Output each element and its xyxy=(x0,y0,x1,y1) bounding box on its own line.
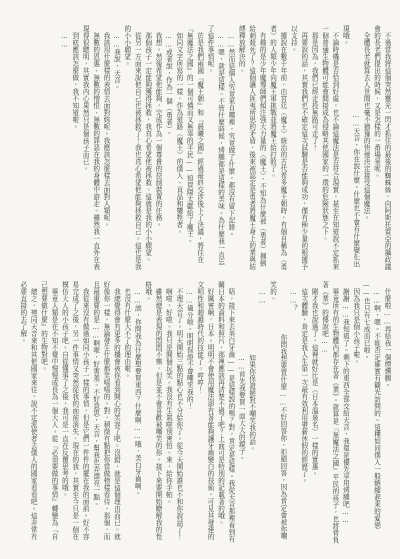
paragraph-column: 無數的恩惠、無數的憎恨、無數的罪惡在我的身體中游走。雖然我一直外在表現得很聰明，… xyxy=(80,25,101,271)
paragraph-column: 唔，接下來去美白牙齒——是這樣說的嗎？對，肯定是這樣。我從天音那裡看到有關日本的… xyxy=(215,281,236,545)
paragraph-column: 於是我們兩國『魔王朝』和『晨曦之國』經過最終交涉後下了決議，將住在『無魔法之國』… xyxy=(184,25,205,271)
paragraph-column: ……首先我要買一面大大的鏡子。 xyxy=(236,281,246,545)
paragraph-column: 據說在數千年前，由宮廷（魔王）統治的古代希多魔王朝時，有個自稱為（勇者）的人類少… xyxy=(267,25,288,271)
paragraph-column: 剛才我也說過了，這裡就好比是（日本溫泉名）一樣的實惠。 xyxy=(309,281,319,545)
paragraph-column: 再要說的話，其實我們也不確定這次試驗是否能夠成功，僅有極少量的根據予以支持。 xyxy=(288,25,309,271)
paragraph-column: 不理天音了。明天開始三點的點心也不分給你了。從今天開始誰也不和你說話了！ xyxy=(173,281,183,545)
paragraph-column: 如同文字所寫的一樣，作為道路（魔王）的僕人、貢品和犧牲者。 xyxy=(173,25,183,271)
scanned-book-page: 不過當我將這個突然靈光一閃才抓住的最後的蜘蛛絲，向阿斯托雷亞的攝政議會的長老們提… xyxy=(0,0,400,559)
paragraph-column: 畢竟所有的生物體內都存在著《業》。就算是『無魔法之國』平民的孩子，也將背負著《業… xyxy=(319,281,340,545)
paragraph-column: 從另一方面來說他自己也被拯救了！我也真心希望他能夠拯救自己。這也是我的小小願望。 xyxy=(121,25,142,271)
paragraph-column: 全體長老就算去人世間也毫不猶豫的快速決定接受這個魔法。 xyxy=(361,25,371,271)
paragraph-column: 也沒有什麼大不了的理由啦。 xyxy=(121,281,131,545)
paragraph-column: 到底應該怎麼做，我不知道啦。 xyxy=(69,25,79,271)
paragraph-column: 我想。然後希望他能夠，完成作為一個尊貴的控制裝置的任務。 xyxy=(153,25,163,271)
paragraph-column: ……過分啦。明明保證不會嘲笑我的！ xyxy=(184,281,194,545)
paragraph-column: ……然而這個人究竟來自哪裡，究竟做了什麼，都沒有留下記錄。 xyxy=(226,25,236,271)
paragraph-column: 如果你保證絕對不嘲笑我的話。 xyxy=(246,281,256,545)
paragraph-column: 總之，連同天音來和其他國家來往，說不定派使者去僕人的國家看看吧。這非常有必要直接… xyxy=(18,281,38,545)
paragraph-column: 啊啦，好啦。我只是開個玩笑。我沒有生氣啦別害怕。來，給你手帕。 xyxy=(163,281,173,545)
paragraph-column: ……或者說，作為一個（勇者）。 xyxy=(163,25,173,271)
paragraph-column: …… xyxy=(257,281,267,545)
paragraph-column: 什麼啦……再給我一個煙燻腿。 xyxy=(382,281,392,545)
paragraph-column: 不過當我將這個突然靈光一閃才抓住的最後的蜘蛛絲，向阿斯托雷亞的攝政議會的長老們提… xyxy=(371,25,392,271)
paragraph-column: 我從來沒有做過如同小孩子一樣的事情，但是它們一件件的擺在我的面前。好不容易完成了… xyxy=(59,281,90,545)
paragraph-column: 因為我只是個小孩子啦。 xyxy=(350,281,360,545)
paragraph-column: 我該用什麼樣的表情去面對妳呢。我應該怎麼樣去面對人類呢。 xyxy=(101,25,111,271)
paragraph-column: ……？ xyxy=(288,281,298,545)
paragraph-column: 這次體驗，肯定是我人生第一次最有效利用帶薪休假的經歷了。 xyxy=(298,281,308,545)
paragraph-column: 那個孩子一定能夠獲得拯救，我真心希望他被拯救。這就是我的小小願望。 xyxy=(142,25,152,271)
paragraph-column: 謝謝……我知道了。剩下的東西全部交給天音，我還是優先享用烤腿吧…… xyxy=(340,281,350,545)
paragraph-column: 好厲害啊，日本。明明不會使用魔法卻有著能夠讓牙齒變白的技術，可見其發達的文明性和… xyxy=(194,281,215,545)
paragraph-column: 有趣的是少年魔導師們傾注強大力量的（魔王），不知為什麼被（勇者）揮劍給刺殺死了？… xyxy=(236,25,267,271)
paragraph-column: 你問我想要買什麼……不好回答你，拒絕回答，因為肯定會被你嘲笑的。 xyxy=(267,281,288,545)
paragraph-column: ……嗯，就是這樣。不管什麼時候，烤腿都是這樣的美味。為什麼我一直忘了這件事情呢。 xyxy=(205,25,226,271)
paragraph-column: 雖然總是表現的悶悶不樂，但是並不會喜歡被嘲笑的你。接下來要開始瞭解我的性格哦。 xyxy=(142,281,163,545)
text-tier-upper: 不過當我將這個突然靈光一閃才抓住的最後的蜘蛛絲，向阿斯托雷亞的攝政議會的長老們提… xyxy=(18,25,392,271)
text-tier-lower: 什麼啦……再給我一個煙燻腿。……啊，嗯。不能否定確實有觀光訪問的。這種如同僕人一… xyxy=(18,281,392,545)
paragraph-column: 不論時機是否恰到好處，也不論這魔法是否符合現實，甚至在知道說不定抓來一個普通生物… xyxy=(319,25,340,271)
paragraph-column: 畢竟人類是在不知不覺中慢慢成長為一個大人。從『必須要做的事情』轉變為『自己想要做… xyxy=(38,281,59,545)
paragraph-column: ……我說，天音。 xyxy=(111,25,121,271)
paragraph-column: ……啊，嗯。不能否定確實有觀光訪問的。這種如同僕人一般蜷縮起來的愛戀——也只有七… xyxy=(361,281,382,545)
paragraph-column: ……天音，你在說什麼。什麼也不會有什麼變化出現哦。 xyxy=(340,25,361,271)
paragraph-column: 我總覺得會有更多的機會被你看到開心的笑容了吧。沒錯，就是這個理由而已。就好像你一… xyxy=(90,281,121,545)
paragraph-column: ……誒，你問我為什麼想要買東西？什麼啊……哦，美白牙齒啊。 xyxy=(132,281,142,545)
paragraph-column: 那是因為，我們已經走投無路可走了！ xyxy=(309,25,319,271)
paragraph-column: …… xyxy=(59,25,69,271)
